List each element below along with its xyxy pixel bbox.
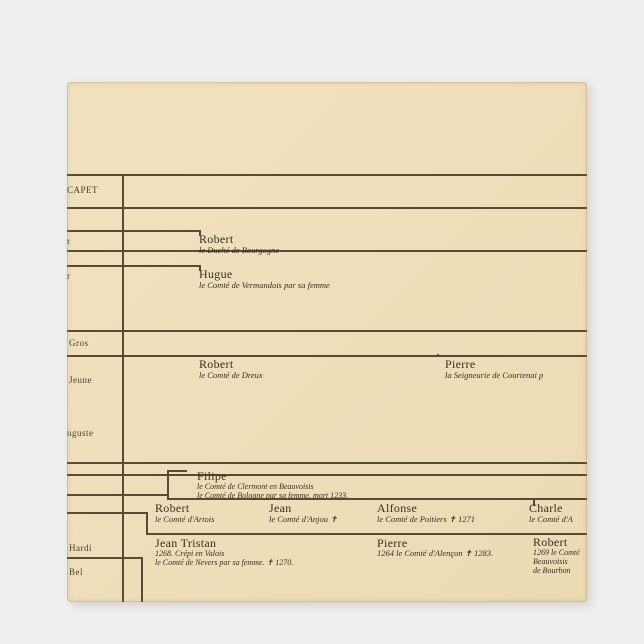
rule-gros	[67, 355, 587, 357]
entry-hugue-title: le Comté de Vermandois par sa femme	[199, 281, 330, 290]
row-label-gros: Gros	[69, 338, 89, 348]
row-label-capet: CAPET	[67, 185, 98, 195]
row-label-auguste: uguste	[67, 428, 94, 438]
rule-filipe	[67, 474, 587, 476]
rule-hugue	[67, 265, 200, 267]
rule-robert-bourgogne	[67, 230, 200, 232]
rule-pierre-courtenai	[437, 354, 439, 356]
entry-jean-tristan-title: 1268. Crépi en Valois le Comté de Nevers…	[155, 549, 293, 567]
entry-hugue-name: Hugue	[199, 268, 233, 280]
row-label-r2: r	[67, 271, 71, 281]
entry-pierre-alencon-title: 1264 le Comté d'Alençon ✝ 1283.	[377, 549, 493, 558]
entry-robert-artois-title: le Comté d'Artois	[155, 515, 214, 524]
row-label-bel: Bel	[69, 567, 83, 577]
row-label-hardi: Hardi	[69, 543, 92, 553]
entry-filipe-title: le Comté de Clermont en Beauvoisis le Co…	[197, 482, 348, 500]
column-divider	[122, 175, 124, 602]
genealogy-chart-tile: CAPET r r Gros Jeune uguste Hardi Bel Ro…	[67, 82, 587, 602]
entry-jean-anjou-name: Jean	[269, 502, 292, 514]
entry-jean-anjou-title: le Comté d'Anjou ✝	[269, 515, 337, 524]
entry-robert-bourbon-title: 1269 le Comté Beauvoisis de Bourbon	[533, 548, 580, 576]
top-rule	[67, 174, 587, 176]
rule-capet-bottom	[67, 207, 587, 209]
entry-robert-bourgogne-name: Robert	[199, 233, 233, 245]
entry-jean-tristan-name: Jean Tristan	[155, 537, 216, 549]
entry-robert-bourgogne-title: le Duché de Bourgogne	[199, 246, 279, 255]
rule-filipe-top	[167, 470, 187, 472]
row-label-r1: r	[67, 236, 71, 246]
rule-r1	[67, 250, 587, 252]
bracket-b-vertical	[146, 512, 148, 534]
entry-robert-bourbon-name: Robert	[533, 536, 567, 548]
entry-pierre-courtenai-title: la Seigneurie de Courtenai p	[445, 371, 543, 380]
entry-alfonse-title: le Comté de Poitiers ✝ 1271	[377, 515, 475, 524]
bracket-c-vertical	[141, 557, 143, 602]
entry-filipe-name: Filipe	[197, 470, 227, 482]
rule-bracket-a	[67, 494, 167, 496]
entry-robert-dreux-name: Robert	[199, 358, 233, 370]
entry-robert-artois-name: Robert	[155, 502, 189, 514]
rule-auguste-bottom	[67, 462, 587, 464]
rule-grandchildren	[146, 533, 587, 535]
bracket-a-vertical	[167, 470, 169, 498]
entry-robert-dreux-title: le Comté de Dreux	[199, 371, 263, 380]
entry-charle-name: Charle	[529, 502, 563, 514]
entry-pierre-courtenai-name: Pierre	[445, 358, 475, 370]
row-label-jeune: Jeune	[69, 375, 92, 385]
entry-alfonse-name: Alfonse	[377, 502, 417, 514]
rule-hardi	[67, 557, 142, 559]
entry-charle-title: le Comté d'A	[529, 515, 573, 524]
rule-r2	[67, 330, 587, 332]
rule-bracket-b	[67, 512, 147, 514]
